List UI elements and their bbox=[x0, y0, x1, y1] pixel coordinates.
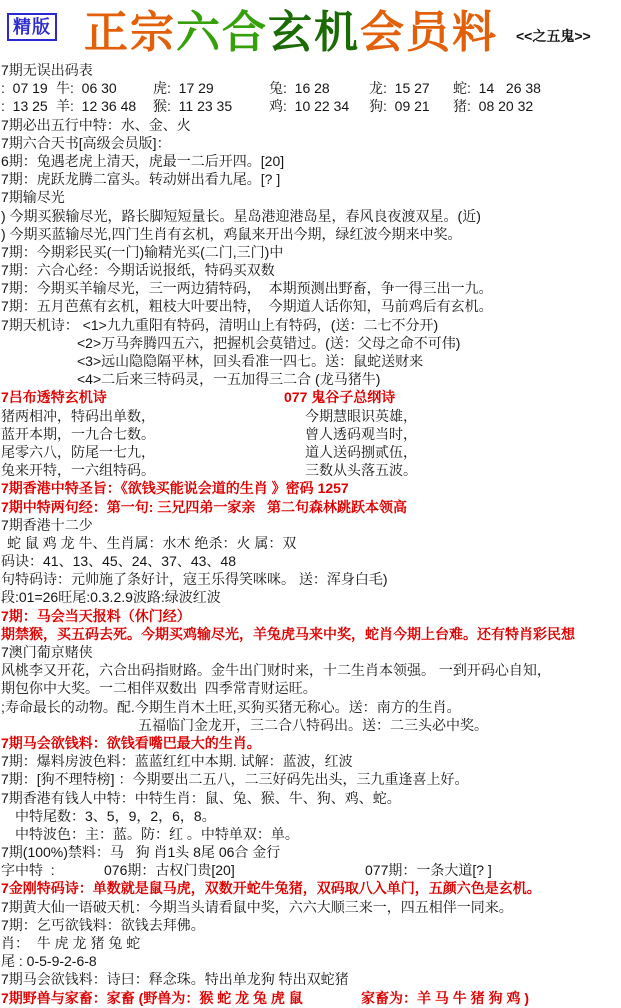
text-line: <2>万马奔腾四五六，把握机会莫错过。(送：父母之命不可伟) bbox=[1, 334, 621, 352]
text-line: 蓝开本期，一九合七数。曾人透码观当时， bbox=[1, 425, 621, 443]
text-line: 7期马会欲钱料：欲钱看嘴巴最大的生肖。 bbox=[1, 734, 621, 752]
text-line: 7期六合天书[高级会员版]： bbox=[1, 134, 621, 152]
text-line: 蛇 鼠 鸡 龙 牛、生肖属：水木 绝杀：火 属：双 bbox=[1, 534, 621, 552]
text-span: 虎: 17 29 bbox=[153, 79, 214, 97]
text-span: 蛇: 14 26 38 bbox=[453, 79, 541, 97]
text-line: 尾零六八，防尾一七九，道人送码捌贰伍， bbox=[1, 443, 621, 461]
text-span: : 13 25 bbox=[1, 97, 48, 115]
text-line: ) 今期买蓝输尽光,四门生肖有玄机，鸡鼠来开出今期，绿红波今期来中奖。 bbox=[1, 225, 621, 243]
text-line: 尾 : 0-5-9-2-6-8 bbox=[1, 952, 621, 970]
text-span: 猴: 11 23 35 bbox=[153, 97, 232, 115]
text-span: 今期慧眼识英雄， bbox=[305, 407, 417, 425]
text-line: 期禁猴，买五码去死。今期买鸡输尽光，羊兔虎马来中奖，蛇肖今期上台难。还有特肖彩民… bbox=[1, 625, 621, 643]
text-span: 字中特 : bbox=[1, 861, 55, 879]
text-span: 曾人透码观当时， bbox=[305, 425, 417, 443]
text-line: 7期香港十二少 bbox=[1, 516, 621, 534]
text-line: 7期野兽与家畜：家畜 (野兽为：猴 蛇 龙 兔 虎 鼠家畜为：羊 马 牛 猪 狗… bbox=[1, 989, 621, 1007]
text-line: 中特波色：主：蓝。防：红 。中特单双：单。 bbox=[1, 825, 621, 843]
text-line: 风桃李又开花，六合出码指财路。金牛出门财时来，十二生肖本领强。 一到开码心自知， bbox=[1, 661, 621, 679]
text-span: 道人送码捌贰伍， bbox=[305, 443, 417, 461]
text-line: 字中特 :076期：古权门贵[20]077期：一条大道[? ] bbox=[1, 861, 621, 879]
text-line: 码诀：41、13、45、24、37、43、48 bbox=[1, 552, 621, 570]
text-line: 句特码诗：元帅施了条好计，寇王乐得笑咪咪。 送：浑身白毛) bbox=[1, 570, 621, 588]
text-line: 中特尾数：3、5，9，2，6，8。 bbox=[1, 807, 621, 825]
text-line: 7期：乞丐欲钱料：欲钱去拜佛。 bbox=[1, 916, 621, 934]
text-span: 鸡: 10 22 34 bbox=[269, 97, 349, 115]
page-header: 精版 正宗六合玄机会员料 <<之五鬼>> bbox=[0, 0, 621, 58]
text-line: <3>远山隐隐隔平林，回头看准一四七。送：鼠蛇送财来 bbox=[1, 352, 621, 370]
text-line: 肖： 牛 虎 龙 猪 兔 蛇 bbox=[1, 934, 621, 952]
text-span: 7吕布透特玄机诗 bbox=[1, 388, 107, 406]
text-span: 076期：古权门贵[20] bbox=[104, 861, 235, 879]
text-line: 7期香港有钱人中特：中特生肖：鼠、兔、猴、牛、狗、鸡、蛇。 bbox=[1, 789, 621, 807]
text-line: 7期马会欲钱料：诗曰：释念珠。特出单龙狗 特出双蛇猪 bbox=[1, 970, 621, 988]
content-lines: 7期无误出码表: 07 19牛: 06 30虎: 17 29兔: 16 28龙:… bbox=[0, 58, 621, 1007]
text-line: : 07 19牛: 06 30虎: 17 29兔: 16 28龙: 15 27蛇… bbox=[1, 79, 621, 97]
text-line: ) 今期买猴输尽光，路长脚短短量长。星岛港迎港岛星，春风良夜渡双星。(近) bbox=[1, 207, 621, 225]
text-span: 龙: 15 27 bbox=[369, 79, 430, 97]
text-line: ;寿命最长的动物。配.今期生肖木土旺,买狗买猪无称心。送：南方的生肖。 bbox=[1, 698, 621, 716]
text-line: 五福临门金龙开，三二合八特码出。送：二三头必中奖。 bbox=[1, 716, 621, 734]
text-span: 家畜为：羊 马 牛 猪 狗 鸡 ) bbox=[361, 989, 529, 1007]
page-title: 正宗六合玄机会员料 bbox=[84, 0, 498, 60]
text-line: 7期：[狗不理特榜] ：今期要出二五八，二三好码先出头，三九重逢喜上好。 bbox=[1, 770, 621, 788]
text-span: 三数从头落五波。 bbox=[305, 461, 417, 479]
title-segment: 会员料 bbox=[360, 8, 498, 57]
text-line: 7期中特两句经：第一句: 三兄四弟一家亲 第二句森林跳跃本领高 bbox=[1, 498, 621, 516]
text-line: 段:01=26旺尾:0.3.2.9波路:绿波红波 bbox=[1, 588, 621, 606]
text-line: 7期必出五行中特：水、金、火 bbox=[1, 116, 621, 134]
text-line: 7期：虎跃龙腾二富头。转动姘出看九尾。[? ] bbox=[1, 170, 621, 188]
text-line: <4>二后来三特码灵，一五加得三二合 (龙马猪牛) bbox=[1, 370, 621, 388]
text-line: 7期：五月芭蕉有玄机，粗枝大叶要出特， 今期道人话你知，马前鸡后有玄机。 bbox=[1, 297, 621, 315]
page-subtitle: <<之五鬼>> bbox=[516, 26, 591, 46]
text-line: 7期：今期买羊输尽光，三一两边猜特码， 本期预测出野畜，争一得三出一九。 bbox=[1, 279, 621, 297]
text-line: 兔来开特，一六组特码。三数从头落五波。 bbox=[1, 461, 621, 479]
text-span: 077 鬼谷子总纲诗 bbox=[284, 388, 395, 406]
text-line: 7期：六合心经：今期话说报纸，特码买双数 bbox=[1, 261, 621, 279]
text-line: 7期香港中特圣旨：《欲钱买能说会道的生肖 》密码 1257 bbox=[1, 479, 621, 497]
text-line: 6期：兔遇老虎上清天，虎最一二后开四。[20] bbox=[1, 152, 621, 170]
text-line: 7期：爆料房波色料：蓝蓝红红中本期. 试解：蓝波，红波 bbox=[1, 752, 621, 770]
text-span: 猪两相冲，特码出单数， bbox=[1, 407, 155, 425]
text-line: 7期无误出码表 bbox=[1, 61, 621, 79]
text-span: 077期：一条大道[? ] bbox=[365, 861, 492, 879]
text-line: 7期黄大仙一语破天机：今期当头请看鼠中奖，六六大顺三来一，四五相伴一同来。 bbox=[1, 898, 621, 916]
text-span: 牛: 06 30 bbox=[56, 79, 117, 97]
text-span: 猪: 08 20 32 bbox=[453, 97, 533, 115]
text-line: 期包你中大奖。一二相伴双数出 四季常青财运旺。 bbox=[1, 679, 621, 697]
text-span: 羊: 12 36 48 bbox=[56, 97, 136, 115]
text-line: 7期输尽光 bbox=[1, 188, 621, 206]
text-line: 猪两相冲，特码出单数，今期慧眼识英雄， bbox=[1, 407, 621, 425]
text-span: 兔: 16 28 bbox=[269, 79, 330, 97]
edition-badge: 精版 bbox=[7, 13, 57, 41]
text-line: 7期(100%)禁料：马 狗 肖1头 8尾 06合 金行 bbox=[1, 843, 621, 861]
text-line: : 13 25羊: 12 36 48猴: 11 23 35鸡: 10 22 34… bbox=[1, 97, 621, 115]
text-span: 蓝开本期，一九合七数。 bbox=[1, 425, 155, 443]
text-span: : 07 19 bbox=[1, 79, 48, 97]
title-segment: 六合 bbox=[176, 8, 268, 57]
text-span: 兔来开特，一六组特码。 bbox=[1, 461, 155, 479]
text-line: 7期：马会当天报料（休门经） bbox=[1, 607, 621, 625]
title-segment: 正宗 bbox=[84, 8, 176, 57]
title-segment: 玄机 bbox=[268, 8, 360, 57]
text-line: 7澳门葡京赌侠 bbox=[1, 643, 621, 661]
text-span: 7期野兽与家畜：家畜 (野兽为：猴 蛇 龙 兔 虎 鼠 bbox=[1, 989, 303, 1007]
text-span: 狗: 09 21 bbox=[369, 97, 430, 115]
text-line: 7吕布透特玄机诗077 鬼谷子总纲诗 bbox=[1, 388, 621, 406]
page: { "header": { "badge": "精版", "title_segm… bbox=[0, 0, 621, 1008]
text-line: 7金刚特码诗：单数就是鼠马虎，双数开蛇牛兔猪，双码取八入单门，五颜六色是玄机。 bbox=[1, 879, 621, 897]
text-line: 7期天机诗： <1>九九重阳有特码，清明山上有特码，(送：二七不分开) bbox=[1, 316, 621, 334]
text-span: 尾零六八，防尾一七九， bbox=[1, 443, 155, 461]
text-line: 7期：今期彩民买(一门)输精光买(二门,三门)中 bbox=[1, 243, 621, 261]
